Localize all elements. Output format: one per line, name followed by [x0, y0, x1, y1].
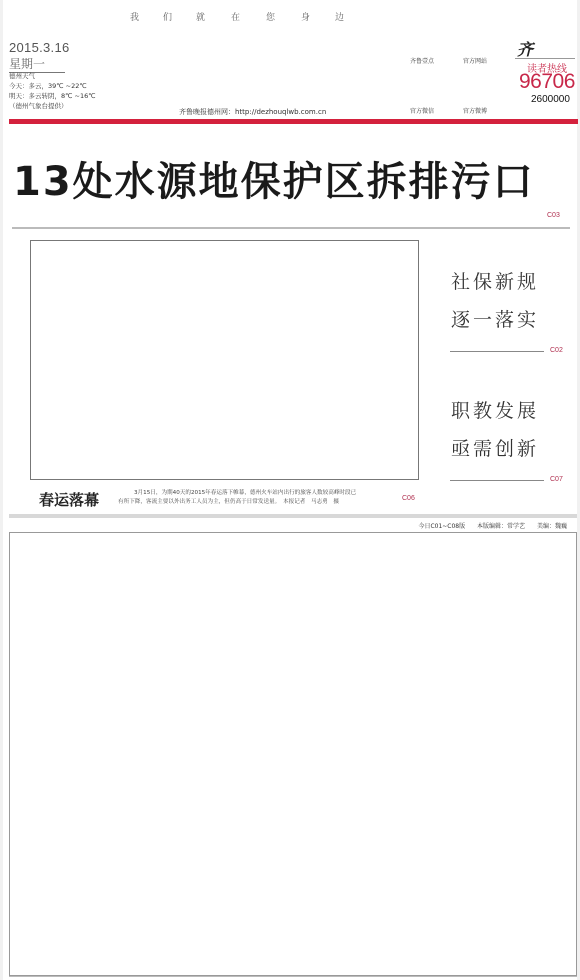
weather-box: 德州天气 今天：多云，39℃ ~22℃ 明天：多云转阴，8℃ ~16℃ （德州气… [9, 71, 96, 111]
side-story-1-rule [450, 351, 544, 352]
weather-today: 今天：多云，39℃ ~22℃ [9, 81, 96, 91]
qr-label-qilu-client: 齐鲁壹点 [410, 56, 434, 65]
weather-source: （德州气象台提供） [9, 101, 96, 111]
slogan-char: 我 [130, 10, 139, 23]
side-story-2-title[interactable]: 职教发展 亟需创新 [451, 392, 539, 468]
side-story-1-line2: 逐一落实 [451, 301, 539, 339]
qr-label-official-site: 官方网站 [463, 56, 487, 65]
weather-tomorrow: 明天：多云转阴，8℃ ~16℃ [9, 91, 96, 101]
edition-credits: 今日C01~C08版 本版编辑：常学艺 美编：魏巍 [408, 521, 567, 530]
slogan-char: 您 [266, 10, 275, 23]
slogan-char: 边 [335, 10, 344, 23]
hotline-divider [515, 58, 575, 59]
qr-label-official-wechat: 官方微信 [410, 106, 434, 115]
qr-label-official-weibo: 官方微博 [463, 106, 487, 115]
side-story-2-page-ref[interactable]: C07 [550, 476, 563, 483]
lead-divider [12, 227, 570, 229]
editor-credit: 本版编辑：常学艺 [477, 523, 525, 530]
slogan-char: 身 [301, 10, 310, 23]
side-story-1-page-ref[interactable]: C02 [550, 347, 563, 354]
hotline-number-secondary: 2600000 [531, 94, 570, 105]
slogan-char: 在 [231, 10, 240, 23]
masthead-red-rule [9, 119, 578, 124]
feature-photo[interactable] [30, 240, 419, 480]
advertisement-area[interactable] [9, 532, 577, 976]
designer-credit: 美编：魏巍 [537, 523, 567, 530]
side-story-2-line2: 亟需创新 [451, 430, 539, 468]
photo-caption-text: 3月15日，为期40天的2015年春运落下帷幕，德州火车站内出行的旅客人数较高峰… [118, 489, 408, 507]
section-divider [9, 514, 577, 518]
slogan-char: 就 [196, 10, 205, 23]
issue-date: 2015.3.16 [9, 40, 70, 55]
newspaper-logo-icon: 齐 [517, 37, 533, 60]
website-link[interactable]: 齐鲁晚报德州网：http://dezhouqlwb.com.cn [179, 107, 326, 117]
caption-line-2: 有所下降，客流主要以外出务工人员为主，但仍高于日常发送量。 本报记者 马志勇 摄 [118, 498, 408, 507]
hotline-number-main: 96706 [519, 70, 575, 94]
side-story-1-line1: 社保新规 [451, 263, 539, 301]
photo-caption-title: 春运落幕 [39, 489, 99, 510]
side-story-2-line1: 职教发展 [451, 392, 539, 430]
caption-line-1: 3月15日，为期40天的2015年春运落下帷幕，德州火车站内出行的旅客人数较高峰… [118, 489, 408, 498]
lead-headline[interactable]: 13处水源地保护区拆排污口 [13, 150, 535, 207]
newspaper-front-page: 我 们 就 在 您 身 边 2015.3.16 星期一 德州天气 今天：多云，3… [3, 0, 577, 980]
weather-title: 德州天气 [9, 71, 96, 81]
lead-page-ref[interactable]: C03 [547, 212, 560, 219]
slogan-char: 们 [163, 10, 172, 23]
side-story-1-title[interactable]: 社保新规 逐一落实 [451, 263, 539, 339]
photo-page-ref[interactable]: C06 [402, 495, 415, 502]
side-story-2-rule [450, 480, 544, 481]
edition-range: 今日C01~C08版 [418, 523, 465, 530]
